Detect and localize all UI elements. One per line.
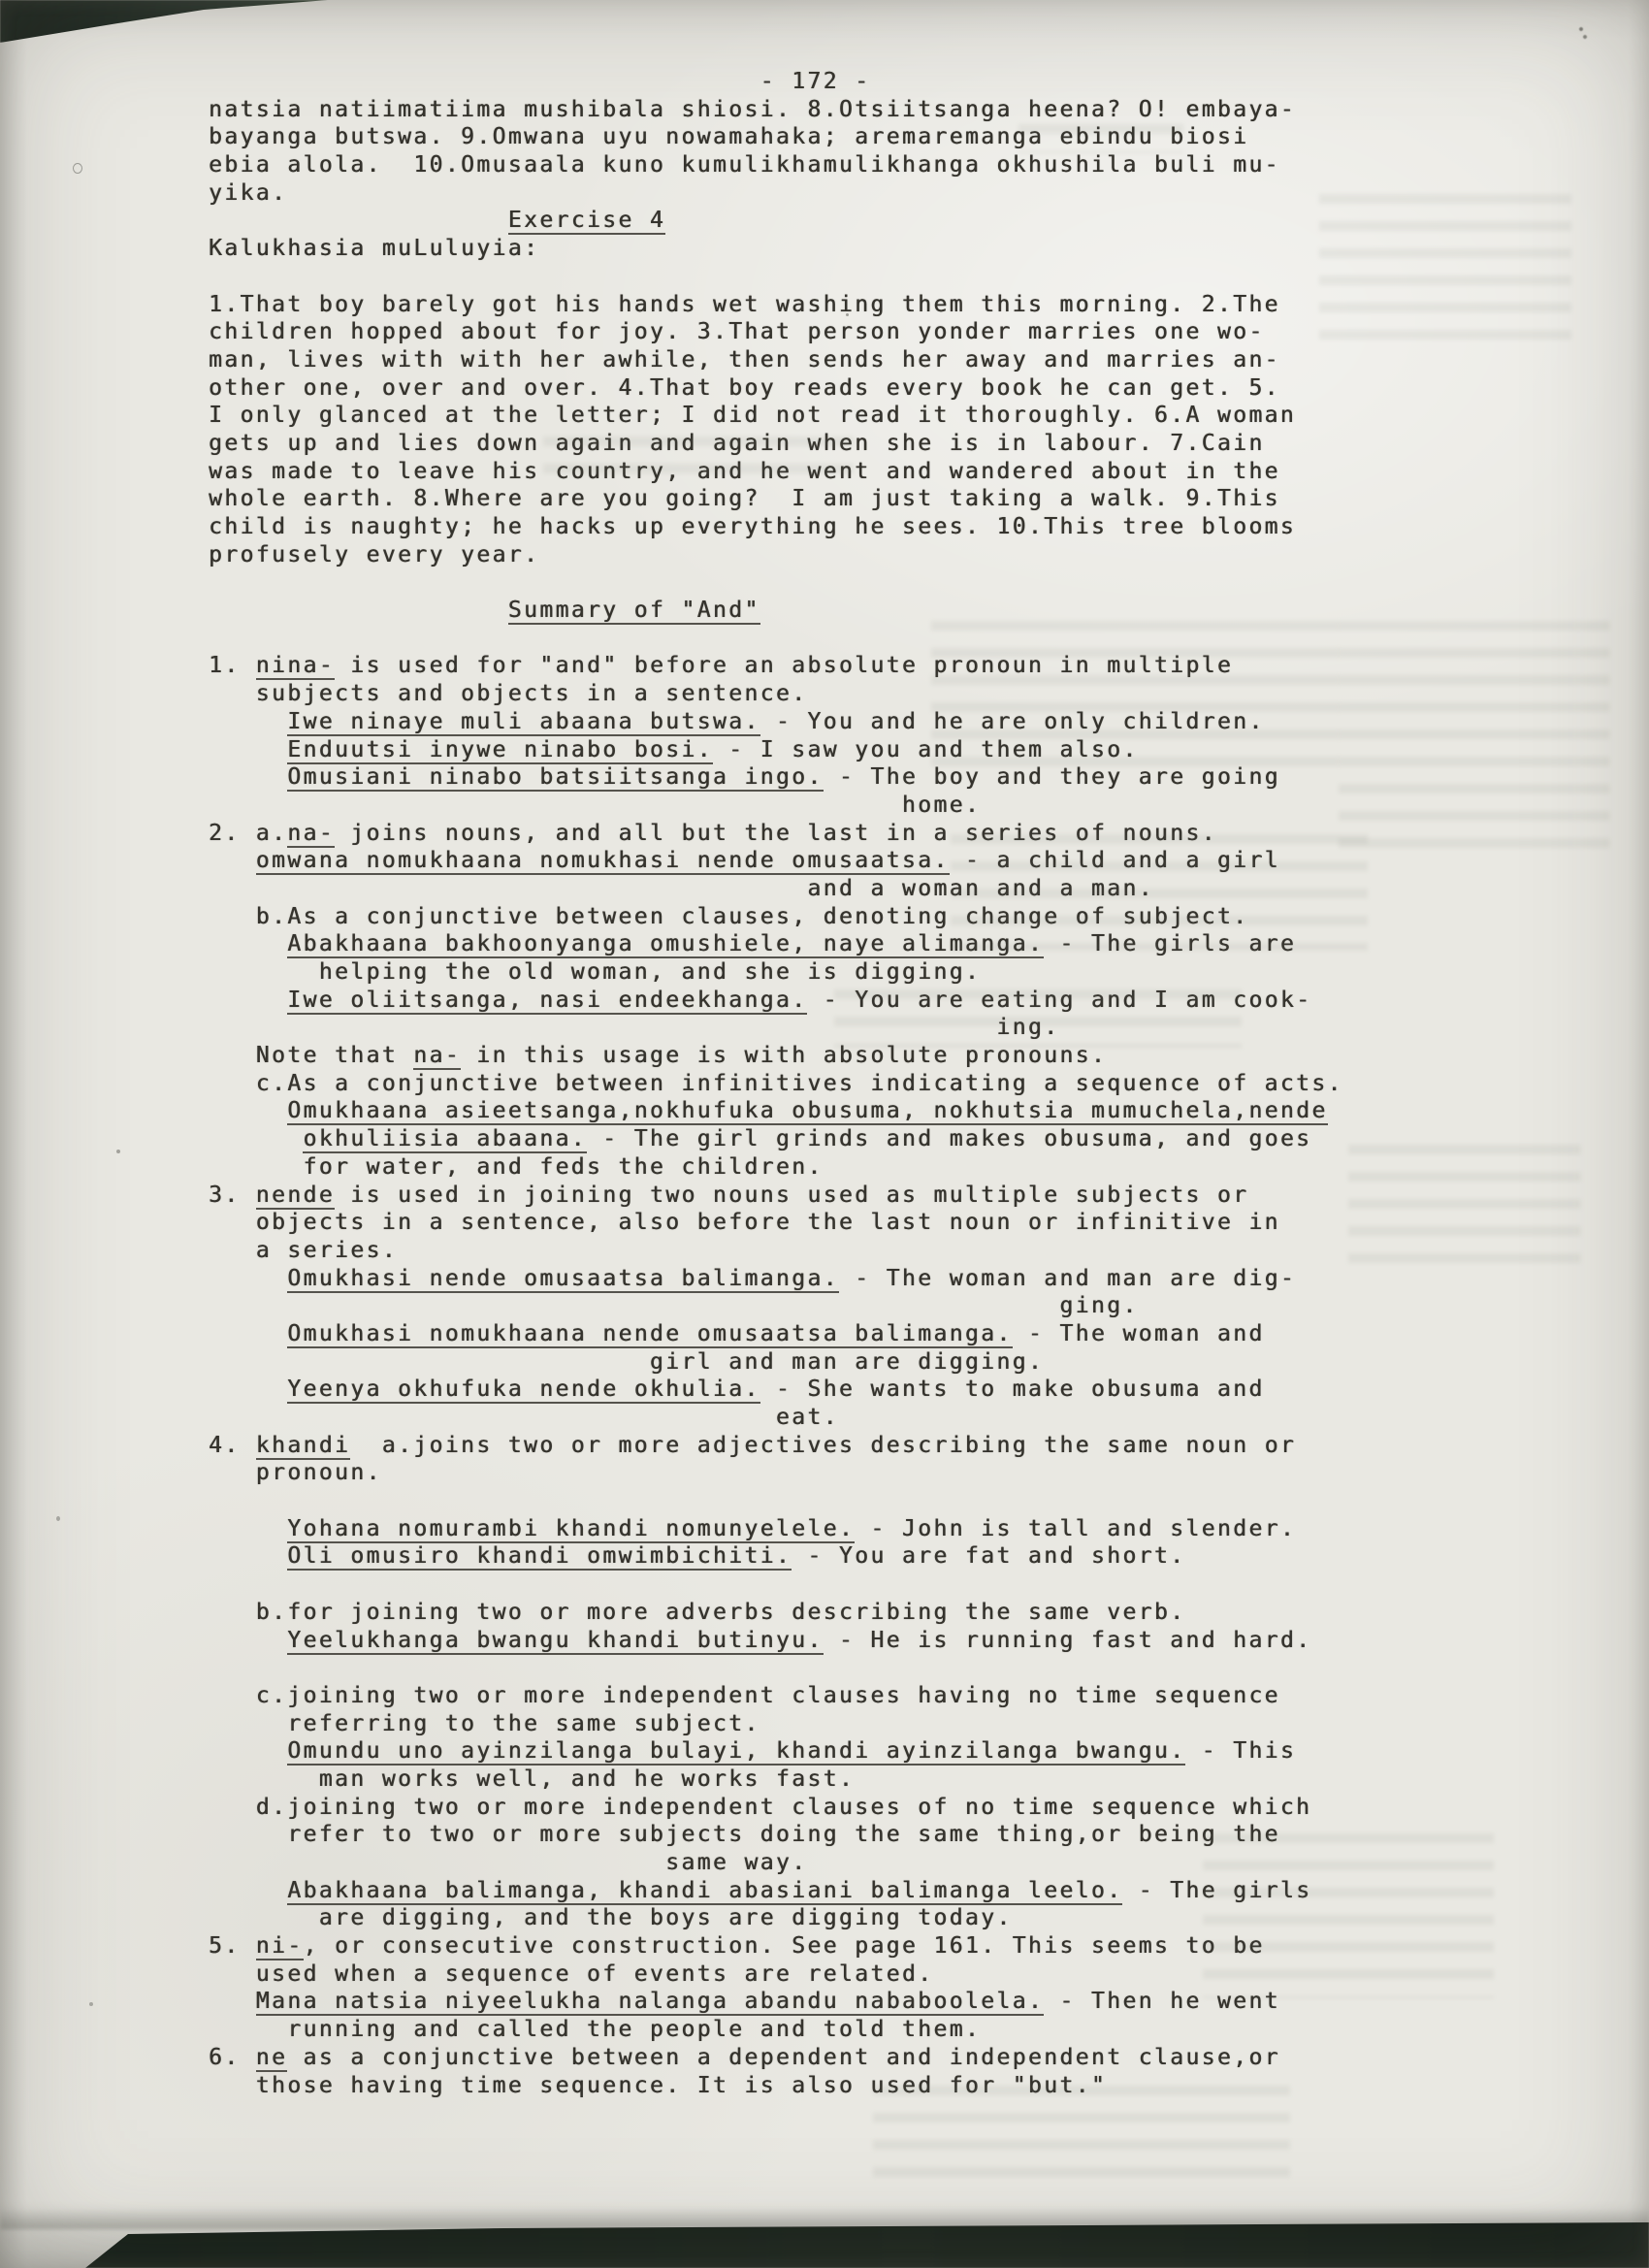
typewritten-text: - 172 -natsia natiimatiima mushibala shi…	[209, 68, 1343, 2099]
text-line: Yohana nomurambi khandi nomunyelele. - J…	[209, 1515, 1343, 1543]
text-line: whole earth. 8.Where are you going? I am…	[209, 485, 1343, 513]
text-line: objects in a sentence, also before the l…	[209, 1209, 1343, 1237]
text-line: those having time sequence. It is also u…	[209, 2072, 1343, 2100]
text-line: profusely every year.	[209, 541, 1343, 569]
text-line	[209, 568, 1343, 597]
text-line: Omundu uno ayinzilanga bulayi, khandi ay…	[209, 1737, 1343, 1766]
page-number-line: - 172 -	[209, 68, 1343, 96]
text-line: yika.	[209, 179, 1343, 208]
text-line: used when a sequence of events are relat…	[209, 1960, 1343, 1989]
scanned-page: - 172 -natsia natiimatiima mushibala shi…	[0, 0, 1649, 2268]
text-line: Abakhaana bakhoonyanga omushiele, naye a…	[209, 930, 1343, 958]
text-line: man works well, and he works fast.	[209, 1766, 1343, 1794]
text-line: gets up and lies down again and again wh…	[209, 430, 1343, 458]
text-line: natsia natiimatiima mushibala shiosi. 8.…	[209, 96, 1343, 124]
text-line: Iwe ninaye muli abaana butswa. - You and…	[209, 708, 1343, 736]
text-line: c.As a conjunctive between infinitives i…	[209, 1070, 1343, 1098]
text-line	[209, 1487, 1343, 1515]
text-line: Kalukhasia muLuluyia:	[209, 235, 1343, 263]
text-line: referring to the same subject.	[209, 1710, 1343, 1738]
text-line: and a woman and a man.	[209, 875, 1343, 903]
text-line: was made to leave his country, and he we…	[209, 458, 1343, 486]
scan-speck	[56, 1516, 60, 1521]
text-line: 2. a.na- joins nouns, and all but the la…	[209, 820, 1343, 848]
text-line: Omusiani ninabo batsiitsanga ingo. - The…	[209, 763, 1343, 792]
text-line: I only glanced at the letter; I did not …	[209, 402, 1343, 430]
scan-speck	[116, 1150, 120, 1153]
text-line: girl and man are digging.	[209, 1348, 1343, 1377]
text-line: Oli omusiro khandi omwimbichiti. - You a…	[209, 1542, 1343, 1571]
text-line: okhuliisia abaana. - The girl grinds and…	[209, 1125, 1343, 1153]
text-line: Mana natsia niyeelukha nalanga abandu na…	[209, 1988, 1343, 2016]
text-line: 4. khandi a.joins two or more adjectives…	[209, 1432, 1343, 1460]
text-line: Omukhasi nomukhaana nende omusaatsa bali…	[209, 1320, 1343, 1348]
text-line: a series.	[209, 1237, 1343, 1265]
text-line: Omukhasi nende omusaatsa balimanga. - Th…	[209, 1265, 1343, 1293]
text-line: c.joining two or more independent clause…	[209, 1682, 1343, 1710]
text-line: Abakhaana balimanga, khandi abasiani bal…	[209, 1877, 1343, 1905]
scan-speck	[73, 163, 82, 174]
text-line: man, lives with with her awhile, then se…	[209, 346, 1343, 374]
bleedthrough-smudge	[1348, 1145, 1581, 1271]
text-line	[209, 1654, 1343, 1682]
text-line	[209, 1571, 1343, 1599]
text-line: for water, and feds the children.	[209, 1153, 1343, 1182]
text-line: b.As a conjunctive between clauses, deno…	[209, 903, 1343, 931]
text-line: Iwe oliitsanga, nasi endeekhanga. - You …	[209, 987, 1343, 1015]
text-line: 3. nende is used in joining two nouns us…	[209, 1182, 1343, 1210]
text-line: ebia alola. 10.Omusaala kuno kumulikhamu…	[209, 151, 1343, 179]
text-line: Yeenya okhufuka nende okhulia. - She wan…	[209, 1376, 1343, 1404]
text-line: ging.	[209, 1292, 1343, 1320]
text-line: Yeelukhanga bwangu khandi butinyu. - He …	[209, 1627, 1343, 1655]
text-line: d.joining two or more independent clause…	[209, 1794, 1343, 1822]
text-line: 6. ne as a conjunctive between a depende…	[209, 2044, 1343, 2072]
exercise-heading-line: Exercise 4	[209, 207, 1343, 235]
text-line: 1. nina- is used for "and" before an abs…	[209, 652, 1343, 680]
text-line: 1.That boy barely got his hands wet wash…	[209, 291, 1343, 319]
text-line: are digging, and the boys are digging to…	[209, 1904, 1343, 1932]
text-line: pronoun.	[209, 1459, 1343, 1487]
text-line	[209, 263, 1343, 291]
text-line: ing.	[209, 1014, 1343, 1042]
text-line: other one, over and over. 4.That boy rea…	[209, 374, 1343, 403]
text-line: Enduutsi inywe ninabo bosi. - I saw you …	[209, 736, 1343, 764]
text-line	[209, 625, 1343, 653]
text-line: same way.	[209, 1849, 1343, 1877]
text-line: eat.	[209, 1404, 1343, 1432]
text-line: children hopped about for joy. 3.That pe…	[209, 318, 1343, 346]
text-line: home.	[209, 792, 1343, 820]
text-line: child is naughty; he hacks up everything…	[209, 513, 1343, 541]
summary-heading-line: Summary of "And"	[209, 597, 1343, 625]
text-line: refer to two or more subjects doing the …	[209, 1821, 1343, 1849]
text-line: helping the old woman, and she is diggin…	[209, 958, 1343, 987]
text-line: Note that na- in this usage is with abso…	[209, 1042, 1343, 1070]
bleedthrough-smudge	[1339, 621, 1610, 854]
text-line: Omukhaana asieetsanga,nokhufuka obusuma,…	[209, 1097, 1343, 1125]
scan-corner-artifact	[0, 0, 328, 43]
text-line: b.for joining two or more adverbs descri…	[209, 1599, 1343, 1627]
bleedthrough-smudge	[1319, 194, 1571, 340]
scan-speck	[1577, 25, 1589, 43]
text-line: bayanga butswa. 9.Omwana uyu nowamahaka;…	[209, 123, 1343, 151]
text-line: running and called the people and told t…	[209, 2016, 1343, 2044]
text-line: omwana nomukhaana nomukhasi nende omusaa…	[209, 847, 1343, 875]
bleedthrough-smudge	[873, 2086, 1290, 2183]
text-line: subjects and objects in a sentence.	[209, 680, 1343, 708]
scan-speck	[89, 2002, 93, 2006]
text-line: 5. ni-, or consecutive construction. See…	[209, 1932, 1343, 1960]
